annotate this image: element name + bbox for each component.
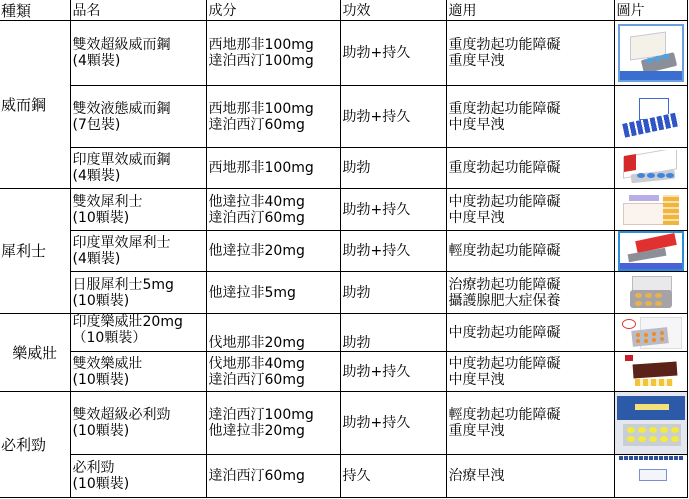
product-image-cell [614,148,687,189]
product-image-cell [614,314,687,352]
usage-cell: 中度勃起功能障礙 中度早洩 [446,352,614,392]
effect-cell: 助勃+持久 [340,231,446,272]
blue-pill-box-image [618,24,684,82]
levitra-box-image [620,315,682,351]
super-priligy-box-image [615,392,687,454]
ingredients-cell: 他達拉非40mg 達泊西汀60mg [206,189,340,231]
product-name-cell: 必利勁 (10顆裝) [70,455,206,498]
table-row: 日服犀利士5mg (10顆裝) 他達拉非5mg 助勃 治療勃起功能障礙 攝護腺肥… [0,272,687,314]
effect-cell: 持久 [340,455,446,498]
table-row: 雙效液態威而鋼 (7包裝) 西地那非100mg 達泊西汀60mg 助勃+持久 重… [0,86,687,148]
header-usage: 適用 [446,0,614,21]
usage-cell: 治療早洩 [446,455,614,498]
effect-cell: 助勃 [340,272,446,314]
effect-cell: 助勃+持久 [340,189,446,231]
effect-cell: 助勃 [340,314,446,352]
usage-cell: 輕度勃起功能障礙 重度早洩 [446,392,614,455]
product-name-cell: 印度樂威壯20mg （10顆裝） [70,314,206,352]
ingredients-cell: 他達拉非5mg [206,272,340,314]
header-row: 種類 品名 成分 功效 適用 圖片 [0,0,687,21]
usage-cell: 輕度勃起功能障礙 [446,231,614,272]
product-name-cell: 日服犀利士5mg (10顆裝) [70,272,206,314]
product-image-cell [614,231,687,272]
table-row: 印度單效威而鋼 (4顆裝) 西地那非100mg 助勃 重度勃起功能障礙 [0,148,687,189]
table-row: 威而鋼 雙效超級威而鋼 (4顆裝) 西地那非100mg 達泊西汀100mg 助勃… [0,21,687,86]
effect-cell: 助勃+持久 [340,21,446,86]
liquid-sachet-image [621,92,681,142]
effect-cell: 助勃+持久 [340,86,446,148]
dual-cialis-box-image [619,193,683,227]
product-name-cell: 印度單效犀利士 (4顆裝) [70,231,206,272]
ingredients-cell: 西地那非100mg [206,148,340,189]
category-cell: 犀利士 [0,189,70,314]
usage-cell: 中度勃起功能障礙 [446,314,614,352]
priligy-box-image [617,455,685,489]
category-cell: 樂威壯 [0,314,70,392]
effect-cell: 助勃+持久 [340,392,446,455]
ingredients-cell: 伐地那非20mg [206,314,340,352]
usage-cell: 重度勃起功能障礙 中度早洩 [446,86,614,148]
product-image-cell [614,21,687,86]
daily-cialis-box-image [626,274,676,312]
product-comparison-table: 種類 品名 成分 功效 適用 圖片 威而鋼 雙效超級威而鋼 (4顆裝) 西地那非… [0,0,688,498]
category-cell: 威而鋼 [0,21,70,189]
product-image-cell [614,86,687,148]
product-image-cell [614,352,687,392]
header-ingredients: 成分 [206,0,340,21]
table-row: 犀利士 雙效犀利士 (10顆裝) 他達拉非40mg 達泊西汀60mg 助勃+持久… [0,189,687,231]
ingredients-cell: 伐地那非40mg 達泊西汀60mg [206,352,340,392]
product-name-cell: 雙效樂威壯 (10顆裝) [70,352,206,392]
category-cell: 必利勁 [0,392,70,498]
dual-levitra-box-image [621,355,681,389]
product-image-cell [614,392,687,455]
usage-cell: 重度勃起功能障礙 重度早洩 [446,21,614,86]
ingredients-cell: 達泊西汀60mg [206,455,340,498]
ingredients-cell: 西地那非100mg 達泊西汀100mg [206,21,340,86]
table-row: 必利勁 (10顆裝) 達泊西汀60mg 持久 治療早洩 [0,455,687,498]
product-name-cell: 雙效超級必利勁 (10顆裝) [70,392,206,455]
ingredients-cell: 達泊西汀100mg 他達拉非20mg [206,392,340,455]
ingredients-cell: 他達拉非20mg [206,231,340,272]
product-name-cell: 雙效超級威而鋼 (4顆裝) [70,21,206,86]
table-row: 印度單效犀利士 (4顆裝) 他達拉非20mg 助勃+持久 輕度勃起功能障礙 [0,231,687,272]
red-cialis-box-image [618,231,684,271]
usage-cell: 治療勃起功能障礙 攝護腺肥大症保養 [446,272,614,314]
table-row: 樂威壯 印度樂威壯20mg （10顆裝） 伐地那非20mg 助勃 中度勃起功能障… [0,314,687,352]
effect-cell: 助勃 [340,148,446,189]
header-name: 品名 [70,0,206,21]
header-image: 圖片 [614,0,687,21]
ingredients-cell: 西地那非100mg 達泊西汀60mg [206,86,340,148]
product-name-cell: 雙效液態威而鋼 (7包裝) [70,86,206,148]
product-image-cell [614,272,687,314]
usage-cell: 中度勃起功能障礙 中度早洩 [446,189,614,231]
product-name-cell: 雙效犀利士 (10顆裝) [70,189,206,231]
product-image-cell [614,455,687,498]
table-row: 雙效樂威壯 (10顆裝) 伐地那非40mg 達泊西汀60mg 助勃+持久 中度勃… [0,352,687,392]
red-box-blue-pill-image [619,150,683,186]
product-image-cell [614,189,687,231]
header-category: 種類 [0,0,70,21]
table-row: 必利勁 雙效超級必利勁 (10顆裝) 達泊西汀100mg 他達拉非20mg 助勃… [0,392,687,455]
effect-cell: 助勃+持久 [340,352,446,392]
header-effect: 功效 [340,0,446,21]
usage-cell: 重度勃起功能障礙 [446,148,614,189]
product-name-cell: 印度單效威而鋼 (4顆裝) [70,148,206,189]
